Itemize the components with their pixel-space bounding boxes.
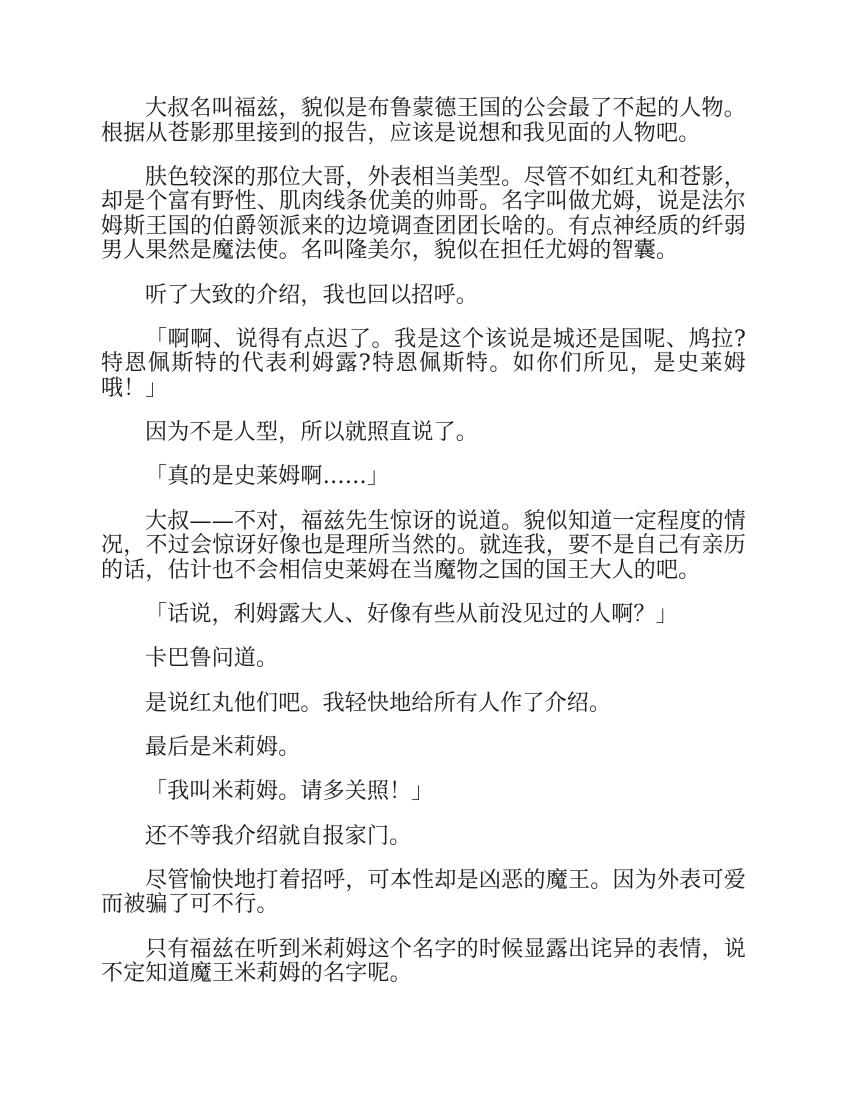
paragraph-kabal-asked: 卡巴鲁问道。 — [101, 647, 746, 672]
paragraph-lastly-milim: 最后是米莉姆。 — [101, 736, 746, 761]
paragraph-demon-lord-nature: 尽管愉快地打着招呼，可本性却是凶恶的魔王。因为外表可爱而被骗了可不行。 — [101, 869, 746, 918]
paragraph-not-humanoid: 因为不是人型，所以就照直说了。 — [101, 421, 746, 446]
paragraph-intro-fuz: 大叔名叫福兹，貌似是布鲁蒙德王国的公会最了不起的人物。根据从苍影那里接到的报告，… — [101, 97, 746, 146]
paragraph-rimuru-dialogue: 「啊啊、说得有点迟了。我是这个该说是城还是国呢、鸠拉?特恩佩斯特的代表利姆露?特… — [101, 328, 746, 402]
paragraph-greeting: 听了大致的介绍，我也回以招呼。 — [101, 284, 746, 309]
paragraph-really-slime-dialogue: 「真的是史莱姆啊……」 — [101, 465, 746, 490]
paragraph-milim-dialogue: 「我叫米莉姆。请多关照！」 — [101, 780, 746, 805]
paragraph-yohm-description: 肤色较深的那位大哥，外表相当美型。尽管不如红丸和苍影，却是个富有野性、肌肉线条优… — [101, 166, 746, 264]
document-page: 大叔名叫福兹，貌似是布鲁蒙德王国的公会最了不起的人物。根据从苍影那里接到的报告，… — [101, 97, 746, 1006]
paragraph-fuz-recognizes: 只有福兹在听到米莉姆这个名字的时候显露出诧异的表情，说不定知道魔王米莉姆的名字呢… — [101, 938, 746, 987]
paragraph-fuz-surprised: 大叔——不对，福兹先生惊讶的说道。貌似知道一定程度的情况，不过会惊讶好像也是理所… — [101, 510, 746, 584]
paragraph-kabal-dialogue: 「话说，利姆露大人、好像有些从前没见过的人啊？」 — [101, 603, 746, 628]
paragraph-introductions: 是说红丸他们吧。我轻快地给所有人作了介绍。 — [101, 692, 746, 717]
paragraph-self-introduced: 还不等我介绍就自报家门。 — [101, 825, 746, 850]
